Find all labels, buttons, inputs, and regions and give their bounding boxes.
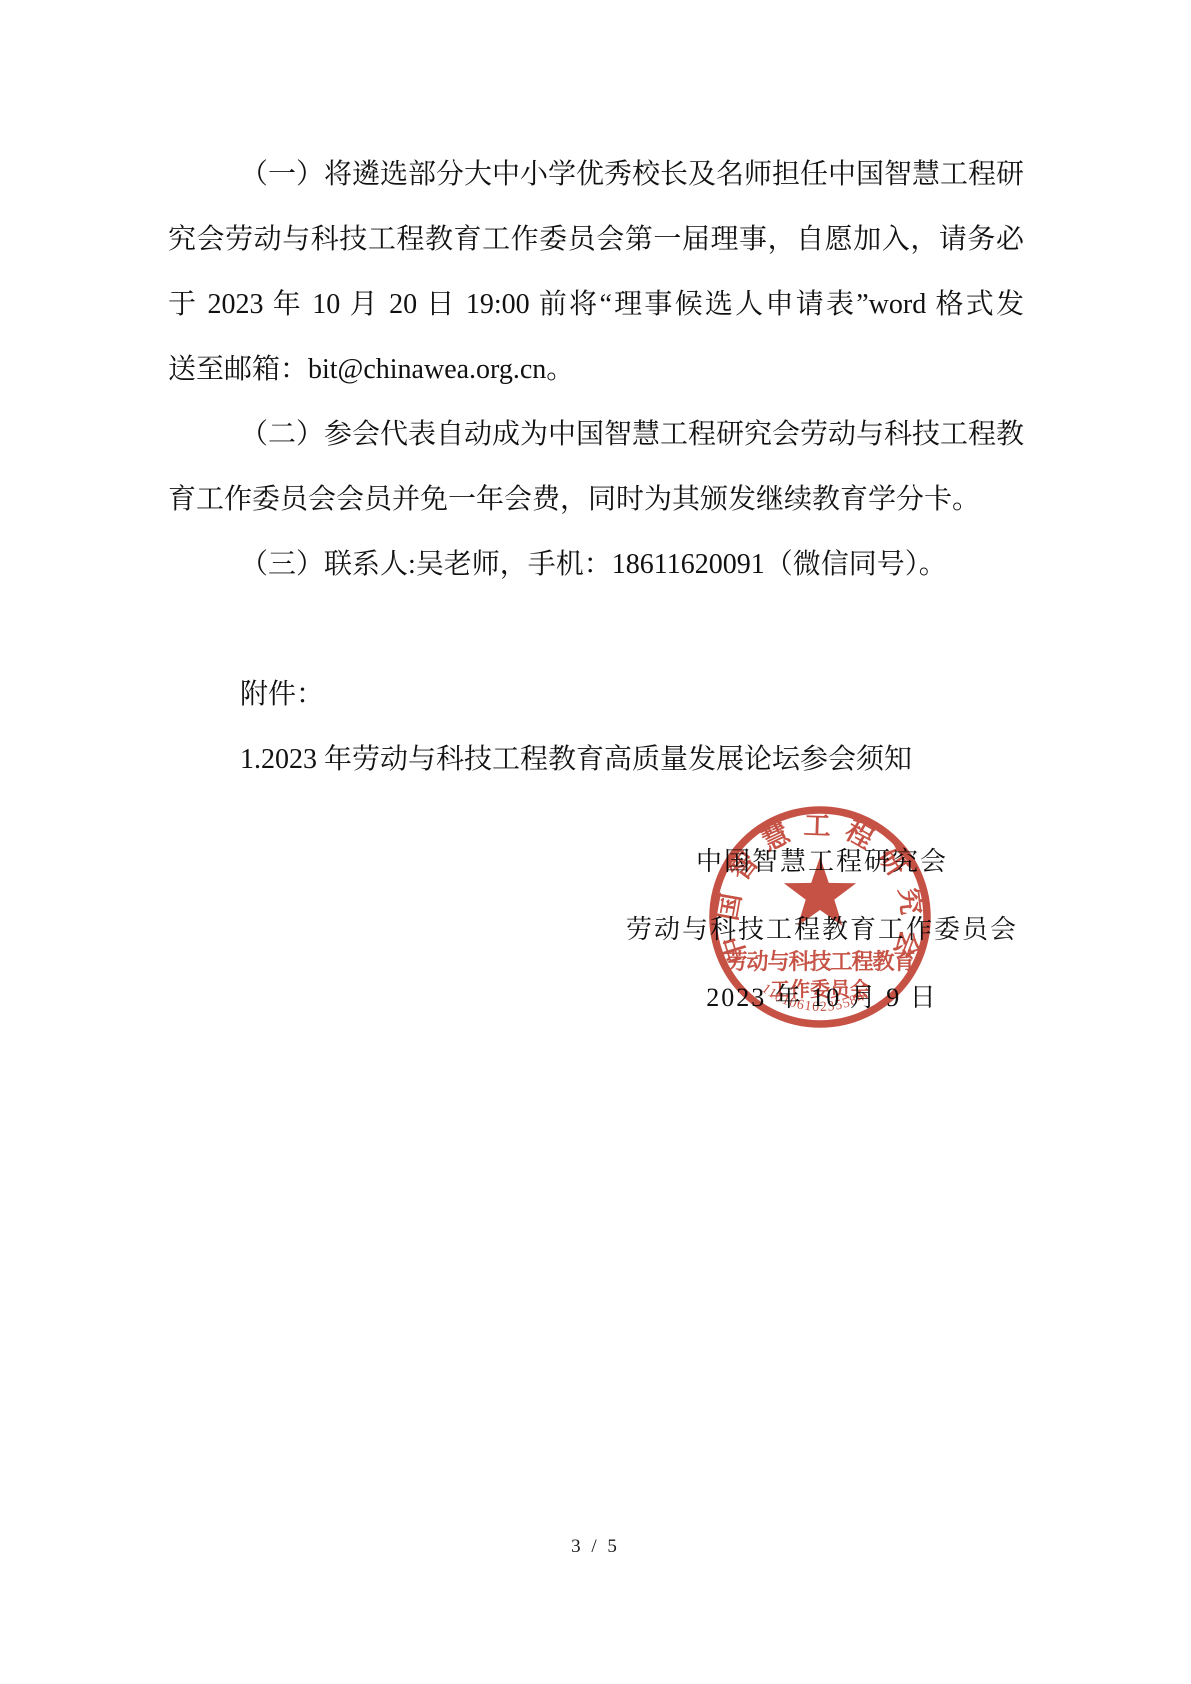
signature-date: 2023 年 10 月 9 日 xyxy=(572,964,1072,1032)
body-line-3: 于 2023 年 10 月 20 日 19:00 前将“理事候选人申请表”wor… xyxy=(168,272,1024,337)
signature-org-line: 中国智慧工程研究会 xyxy=(572,828,1072,896)
body-line-4: 送至邮箱：bit@chinawea.org.cn。 xyxy=(168,337,1024,402)
body-line-1: （一）将遴选部分大中小学优秀校长及名师担任中国智慧工程研 xyxy=(168,142,1024,207)
blank-line xyxy=(168,597,1024,662)
body-line-7: （三）联系人:吴老师，手机：18611620091（微信同号）。 xyxy=(168,532,1024,597)
attachment-item: 1.2023 年劳动与科技工程教育高质量发展论坛参会须知 xyxy=(168,727,1024,792)
body-line-5: （二）参会代表自动成为中国智慧工程研究会劳动与科技工程教 xyxy=(168,402,1024,467)
body-line-2: 究会劳动与科技工程教育工作委员会第一届理事，自愿加入，请务必 xyxy=(168,207,1024,272)
body-line-6: 育工作委员会会员并免一年会费，同时为其颁发继续教育学分卡。 xyxy=(168,467,1024,532)
document-body: （一）将遴选部分大中小学优秀校长及名师担任中国智慧工程研 究会劳动与科技工程教育… xyxy=(168,142,1024,792)
document-page: （一）将遴选部分大中小学优秀校长及名师担任中国智慧工程研 究会劳动与科技工程教育… xyxy=(0,0,1191,1684)
signature-committee-line: 劳动与科技工程教育工作委员会 xyxy=(572,896,1072,964)
attachment-label: 附件： xyxy=(168,662,1024,727)
page-number: 3 / 5 xyxy=(0,1536,1191,1558)
signature-block: 中国智慧工程研究会 劳动与科技工程教育工作委员会 2023 年 10 月 9 日 xyxy=(572,828,1072,1032)
